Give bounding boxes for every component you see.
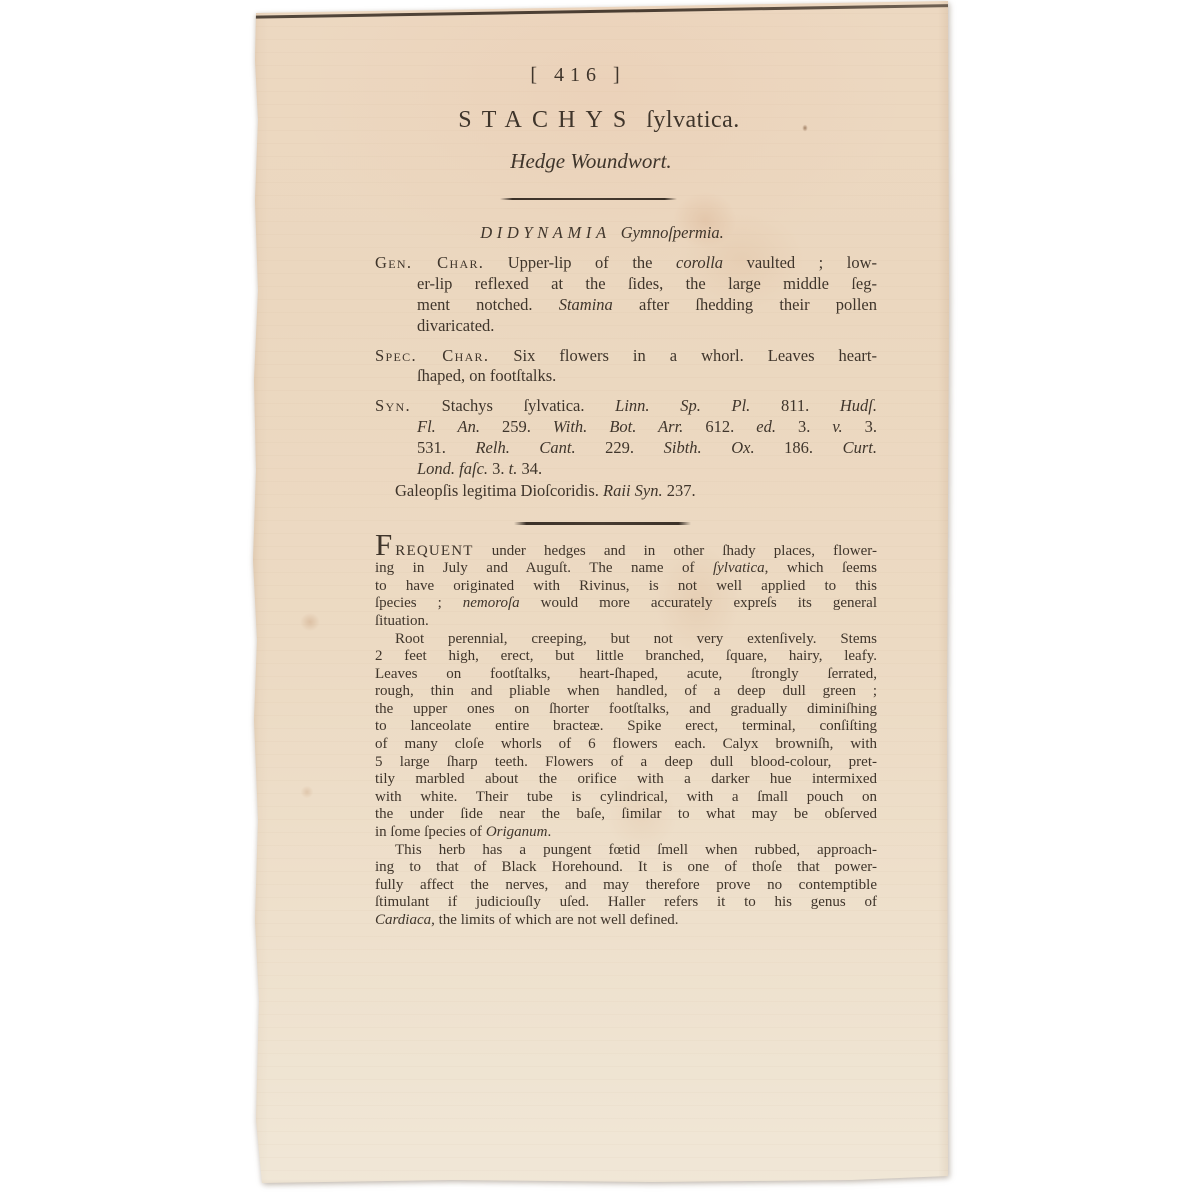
paragraph: This herb has a pungent fœtid ſmell when…	[375, 842, 877, 930]
taxonomy-entries: Gen. Char. Upper-lip of the corolla vaul…	[375, 253, 877, 502]
drop-cap: F	[375, 527, 394, 562]
italic-text: Stamina	[559, 295, 613, 314]
italic-text: t.	[509, 459, 518, 478]
italic-text: Fl. An.	[417, 417, 480, 436]
text-line: Galeopſis legitima Dioſcoridis. Raii Syn…	[375, 481, 877, 502]
italic-text: corolla	[676, 253, 723, 272]
italic-text: Lond. faſc.	[417, 459, 488, 478]
paragraph: Root perennial, creeping, but not very e…	[375, 631, 877, 842]
text-line: Cardiaca, the limits of which are not we…	[375, 912, 877, 930]
text-line: Root perennial, creeping, but not very e…	[375, 631, 877, 649]
text-line: ſhaped, on footſtalks.	[417, 366, 877, 387]
text-line: to have originated with Rivinus, is not …	[375, 578, 877, 596]
top-divider-rule	[500, 198, 677, 200]
small-caps-text: Spec. Char.	[375, 346, 489, 365]
section-heading: DIDYNAMIAGymnoſpermia.	[351, 223, 853, 243]
text-line: the upper ones on ſhorter footſtalks, an…	[375, 701, 877, 719]
italic-text: ſylvatica	[713, 560, 765, 576]
text-line: tily marbled about the orifice with a da…	[375, 771, 877, 789]
text-line: divaricated.	[417, 316, 877, 337]
page-subtitle: Hedge Woundwort.	[340, 149, 842, 174]
text-line: ing in July and Auguſt. The name of ſylv…	[375, 560, 877, 578]
text-line: 2 feet high, erect, but little branched,…	[375, 648, 877, 666]
generic-character: Gen. Char. Upper-lip of the corolla vaul…	[375, 253, 877, 336]
italic-text: Cardiaca	[375, 912, 431, 928]
text-line: Syn. Stachys ſylvatica. Linn. Sp. Pl. 81…	[375, 396, 877, 417]
title-genus: STACHYS	[458, 107, 636, 133]
text-line: rough, thin and pliable when handled, of…	[375, 683, 877, 701]
text-line: Spec. Char. Six flowers in a whorl. Leav…	[375, 346, 877, 367]
specific-character: Spec. Char. Six flowers in a whorl. Leav…	[375, 346, 877, 388]
classification-suborder: Gymnoſpermia.	[621, 223, 724, 242]
text-line: ſituation.	[375, 613, 877, 631]
italic-text: Linn. Sp. Pl.	[615, 396, 750, 415]
text-line: 531. Relh. Cant. 229. Sibth. Ox. 186. Cu…	[417, 438, 877, 459]
small-caps-text: Gen. Char.	[375, 253, 484, 272]
paragraph: FREQUENT under hedges and in other ſhady…	[375, 543, 877, 631]
text-line: with white. Their tube is cylindrical, w…	[375, 789, 877, 807]
scanned-page-wrapper: [ 416 ] STACHYSſylvatica. Hedge Woundwor…	[252, 0, 949, 1188]
text-line: fully affect the nerves, and may therefo…	[375, 877, 877, 895]
page-paper: [ 416 ] STACHYSſylvatica. Hedge Woundwor…	[252, 0, 949, 1188]
text-line: ſpecies ; nemoroſa would more accurately…	[375, 595, 877, 613]
synonym-addendum: Galeopſis legitima Dioſcoridis. Raii Syn…	[375, 481, 877, 502]
page-title: STACHYSſylvatica.	[348, 107, 850, 134]
synonyms: Syn. Stachys ſylvatica. Linn. Sp. Pl. 81…	[375, 396, 877, 479]
text-line: Fl. An. 259. With. Bot. Arr. 612. ed. 3.…	[417, 417, 877, 438]
text-line: This herb has a pungent fœtid ſmell when…	[375, 842, 877, 860]
bottom-divider-rule	[514, 522, 691, 524]
text-line: ing to that of Black Horehound. It is on…	[375, 859, 877, 877]
body-text: FREQUENT under hedges and in other ſhady…	[375, 543, 877, 930]
italic-text: With. Bot. Arr.	[553, 417, 683, 436]
title-species: ſylvatica.	[646, 107, 739, 133]
italic-text: Raii Syn.	[603, 481, 663, 500]
italic-text: Origanum	[486, 824, 548, 840]
small-caps-text: Syn.	[375, 396, 411, 415]
text-line: Leaves on footſtalks, heart-ſhaped, acut…	[375, 666, 877, 684]
text-line: FREQUENT under hedges and in other ſhady…	[375, 543, 877, 561]
text-line: the under ſide near the baſe, ſimilar to…	[375, 806, 877, 824]
page-content: [ 416 ] STACHYSſylvatica. Hedge Woundwor…	[252, 0, 949, 930]
italic-text: Curt.	[843, 438, 877, 457]
text-line: ſtimulant if judiciouſly uſed. Haller re…	[375, 894, 877, 912]
italic-text: Hudſ.	[840, 396, 877, 415]
text-line: Lond. faſc. 3. t. 34.	[417, 459, 877, 480]
text-line: ment notched. Stamina after ſhedding the…	[417, 295, 877, 316]
text-line: to lanceolate entire bracteæ. Spike erec…	[375, 718, 877, 736]
text-line: 5 large ſharp teeth. Flowers of a deep d…	[375, 754, 877, 772]
italic-text: nemoroſa	[463, 595, 520, 611]
text-line: Gen. Char. Upper-lip of the corolla vaul…	[375, 253, 877, 274]
italic-text: ed.	[756, 417, 776, 436]
text-line: er-lip reflexed at the ſides, the large …	[417, 274, 877, 295]
classification-order: DIDYNAMIA	[480, 223, 611, 242]
italic-text: Sibth. Ox.	[664, 438, 755, 457]
italic-text: v.	[832, 417, 842, 436]
page-number: [ 416 ]	[327, 64, 829, 87]
small-caps-text: REQUENT	[395, 543, 473, 559]
italic-text: Relh. Cant.	[475, 438, 575, 457]
text-line: in ſome ſpecies of Origanum.	[375, 824, 877, 842]
text-line: of many cloſe whorls of 6 flowers each. …	[375, 736, 877, 754]
